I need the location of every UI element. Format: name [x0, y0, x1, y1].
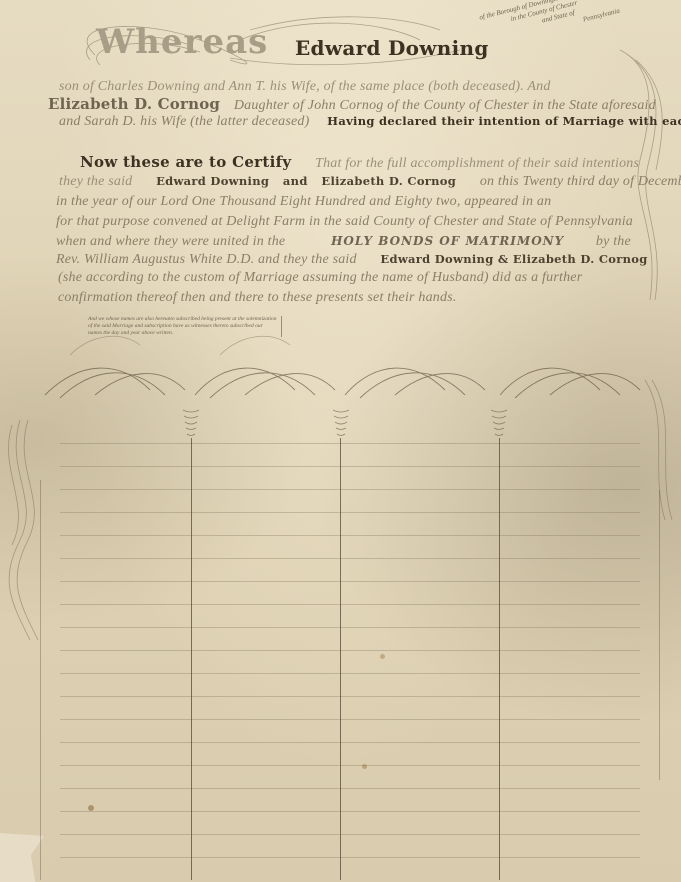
and-text: and — [283, 174, 308, 188]
bride-name-inline: Elizabeth D. Cornog — [321, 174, 456, 188]
bride-name: Elizabeth D. Cornog — [48, 95, 220, 113]
table-rule — [60, 788, 640, 789]
table-rule — [60, 834, 640, 835]
table-rule — [60, 535, 640, 536]
signature-table — [40, 380, 640, 880]
table-rule — [60, 489, 640, 490]
by-the-text: by the — [596, 234, 631, 249]
table-rule — [60, 604, 640, 605]
table-rule — [60, 765, 640, 766]
table-rule — [60, 719, 640, 720]
stain-spot — [88, 805, 94, 811]
body-line-6: in the year of our Lord One Thousand Eig… — [56, 194, 681, 210]
column-divider-1 — [191, 438, 192, 880]
date-text: on this Twenty third day of December — [480, 174, 681, 189]
whereas-heading: Whereas — [96, 22, 268, 62]
body-line-1: son of Charles Downing and Ann T. his Wi… — [59, 79, 619, 95]
body-line-5: they the said Edward Downing and Elizabe… — [59, 174, 681, 190]
table-rule — [60, 627, 640, 628]
united-text: when and where they were united in the — [56, 234, 285, 249]
column-divider-right-border — [659, 490, 660, 780]
table-rule — [60, 581, 640, 582]
column-divider-2 — [340, 438, 341, 880]
body-line-4: Now these are to Certify That for the fu… — [80, 153, 681, 172]
body-line-11: confirmation thereof then and there to t… — [58, 290, 681, 306]
table-rule — [60, 443, 640, 444]
body-line-3: and Sarah D. his Wife (the latter deceas… — [59, 114, 681, 130]
table-rule — [60, 650, 640, 651]
body-line-8: when and where they were united in the H… — [56, 234, 681, 250]
table-rule — [60, 673, 640, 674]
table-rule — [60, 512, 640, 513]
table-rule — [60, 696, 640, 697]
accomplishment-text: That for the full accomplishment of thei… — [315, 156, 639, 171]
holy-bonds-text: HOLY BONDS OF MATRIMONY — [331, 234, 564, 248]
couple-names: Edward Downing & Elizabeth D. Cornog — [380, 252, 647, 266]
body-line-10: (she according to the custom of Marriage… — [58, 270, 681, 286]
they-the-said: they the said — [59, 174, 132, 189]
bride-mother: and Sarah D. his Wife (the latter deceas… — [59, 114, 309, 129]
table-rule — [60, 742, 640, 743]
table-rule — [60, 811, 640, 812]
body-line-7: for that purpose convened at Delight Far… — [56, 214, 681, 230]
column-divider-left-border — [40, 480, 41, 880]
witness-note: And we whose names are also hereunto sub… — [88, 316, 282, 337]
groom-name-heading: Edward Downing — [295, 36, 489, 60]
stain-spot — [380, 654, 385, 659]
officiant-text: Rev. William Augustus White D.D. and the… — [56, 252, 357, 267]
body-line-2: Elizabeth D. Cornog Daughter of John Cor… — [48, 95, 681, 114]
declaration-text: Having declared their intention of Marri… — [327, 114, 681, 128]
column-divider-3 — [499, 438, 500, 880]
table-rule — [60, 857, 640, 858]
table-rule — [60, 466, 640, 467]
bride-parentage: Daughter of John Cornog of the County of… — [234, 98, 656, 113]
certify-heading: Now these are to Certify — [80, 153, 291, 171]
stain-spot — [362, 764, 367, 769]
groom-name-inline: Edward Downing — [156, 174, 269, 188]
table-rule — [60, 558, 640, 559]
body-line-9: Rev. William Augustus White D.D. and the… — [56, 252, 681, 268]
